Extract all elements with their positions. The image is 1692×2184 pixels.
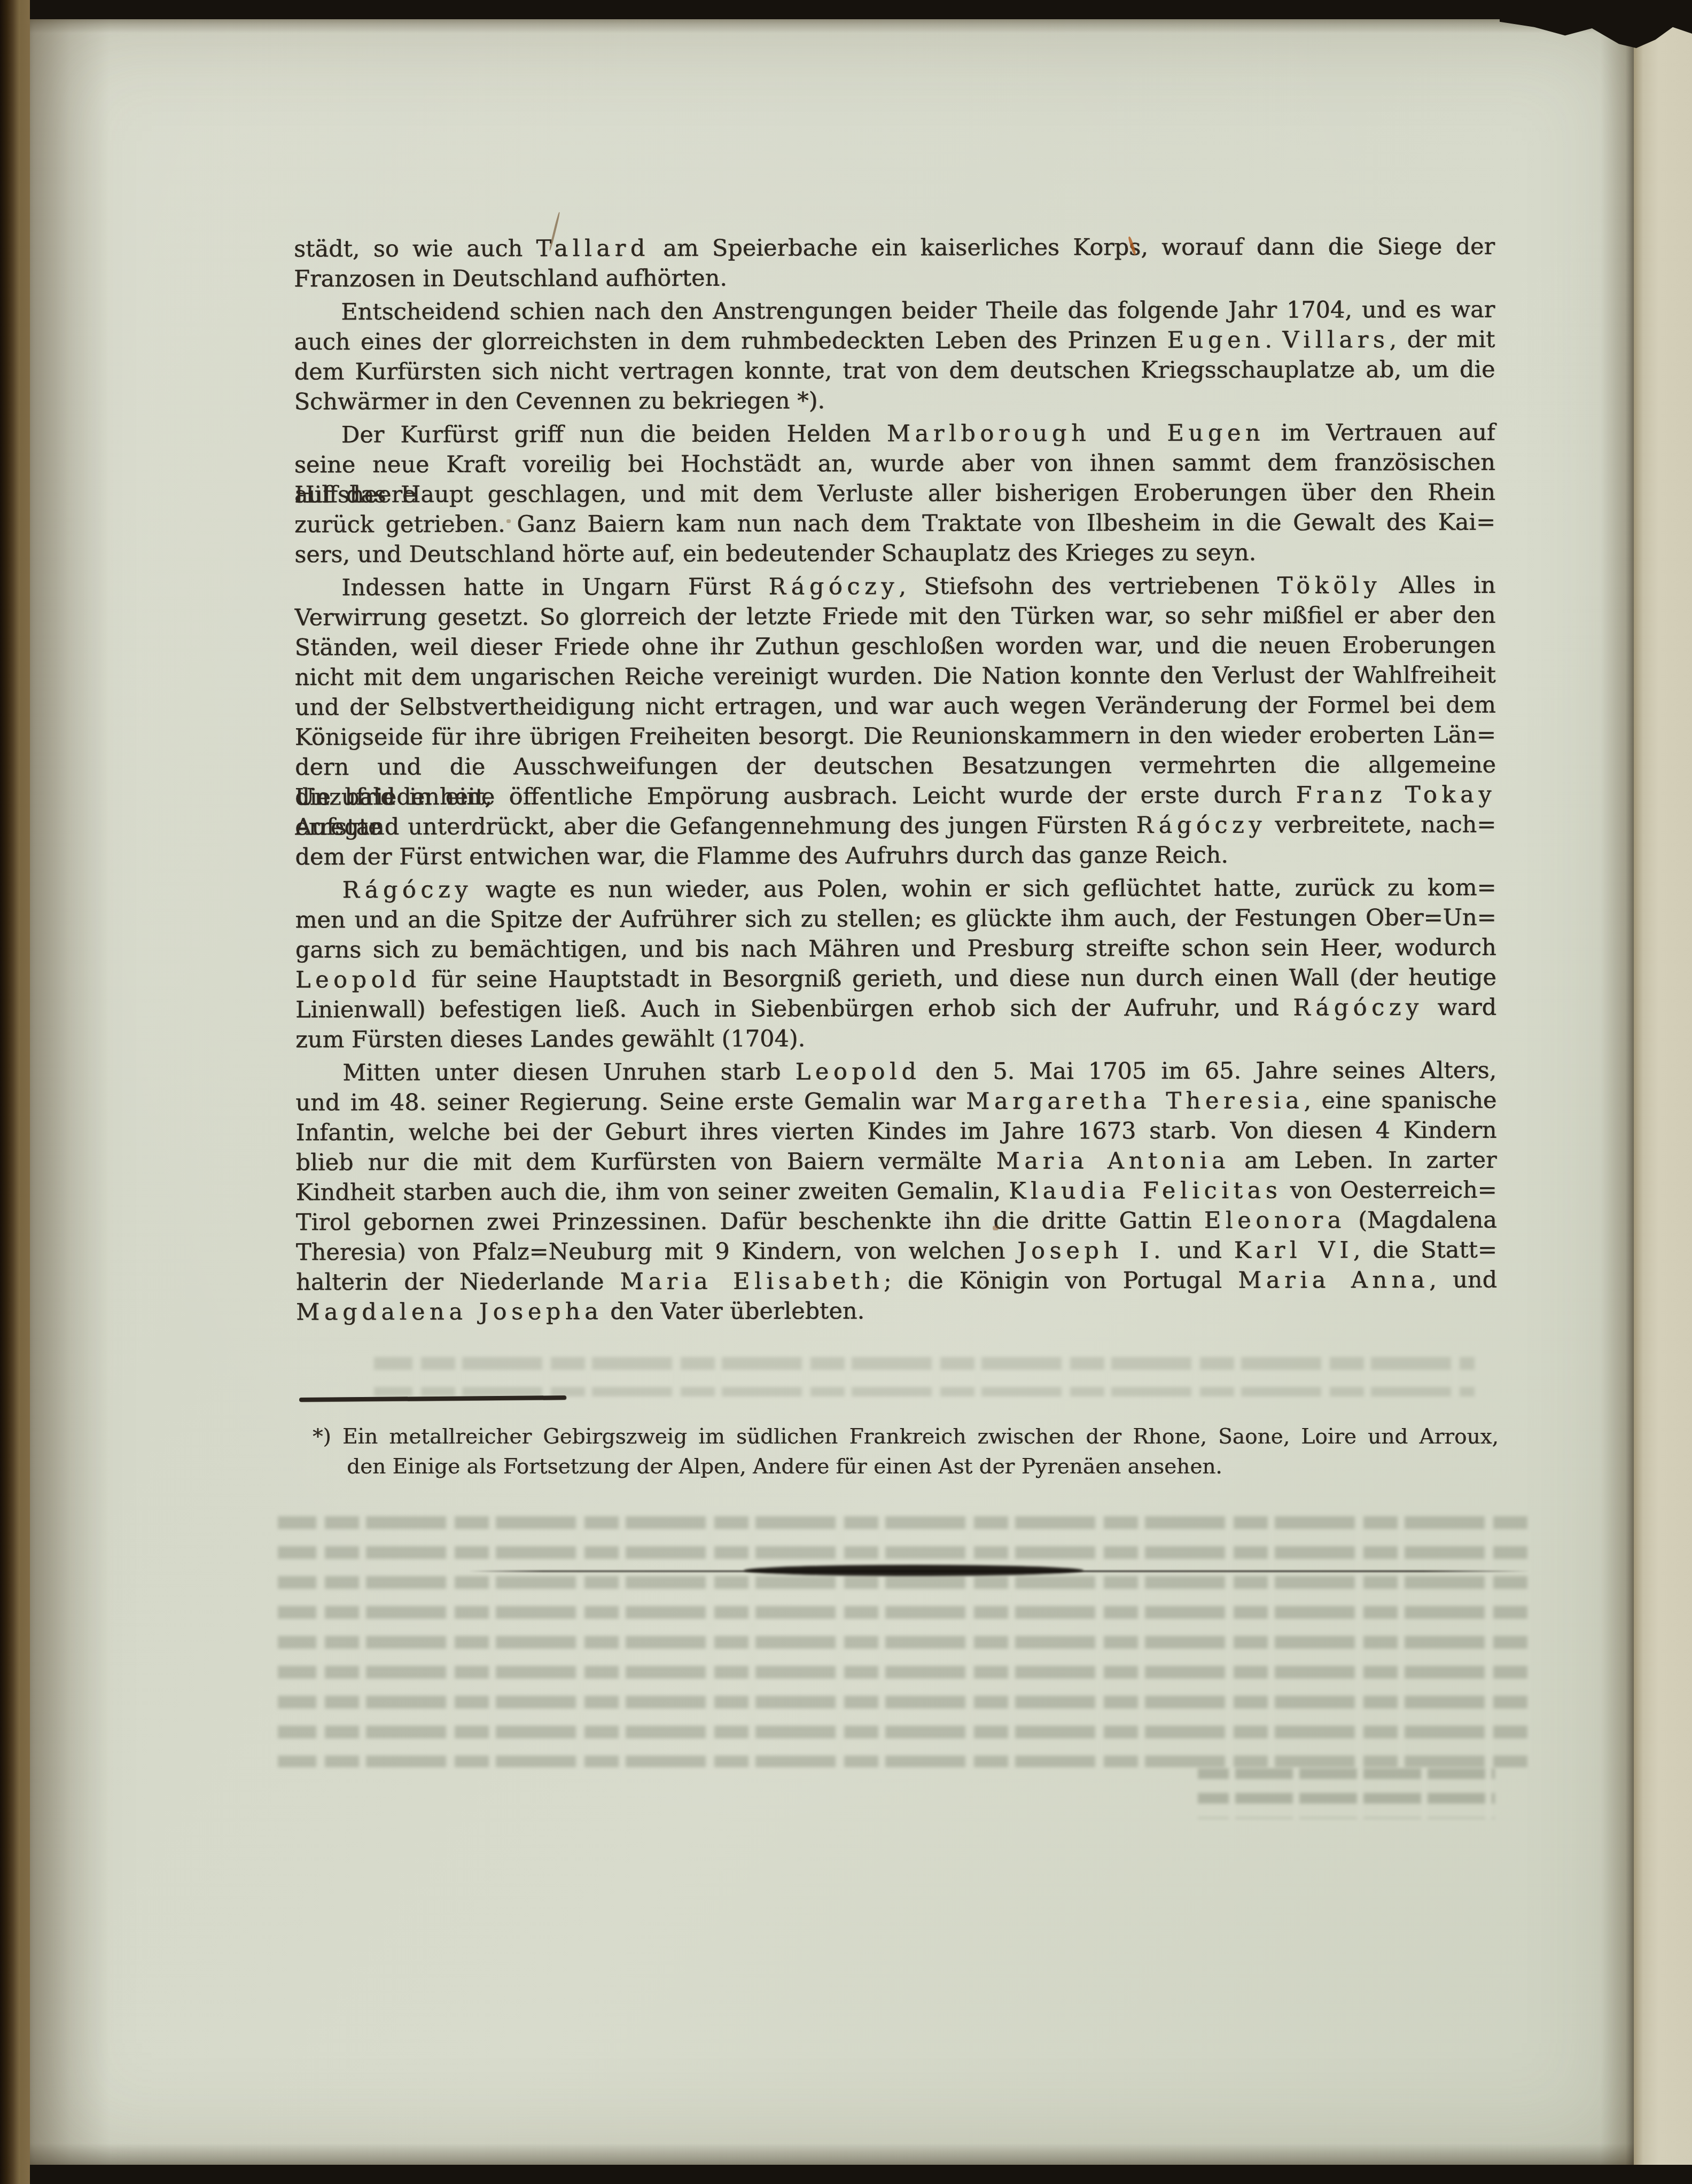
text-run: sers, und Deutschland hörte auf, ein bed…	[294, 540, 1256, 568]
paragraph: Rágóczy wagte es nun wieder, aus Polen, …	[295, 873, 1496, 1055]
text-line: Rágóczy wagte es nun wieder, aus Polen, …	[295, 873, 1496, 906]
person-name: Leopold	[796, 1058, 921, 1085]
paper-speck	[993, 1226, 999, 1230]
text-run: den Vater überlebten.	[603, 1298, 864, 1325]
text-run: Indessen hatte in Ungarn Fürst	[341, 573, 768, 601]
text-line: garns sich zu bemächtigen, und bis nach …	[295, 933, 1496, 965]
text-run: ward	[1423, 994, 1496, 1021]
person-name: Margaretha Theresia	[966, 1087, 1304, 1114]
text-run: Linienwall) befestigen ließ. Auch in Sie…	[295, 994, 1293, 1023]
text-run: zurück getrieben. Ganz Baiern kam nun na…	[294, 509, 1495, 539]
person-name: Rágóczy	[1136, 812, 1266, 839]
paragraph: Mitten unter diesen Unruhen starb Leopol…	[295, 1056, 1497, 1328]
text-run: Königseide für ihre übrigen Freiheiten b…	[295, 722, 1496, 751]
text-run: Kindheit starben auch die, ihm von seine…	[296, 1178, 1009, 1206]
person-name: Maria Elisabeth	[620, 1268, 884, 1295]
text-run: auch eines der glorreichsten in dem ruhm…	[294, 327, 1167, 355]
text-line: Leopold für seine Hauptstadt in Besorgni…	[295, 963, 1496, 995]
text-line: sers, und Deutschland hörte auf, ein bed…	[294, 537, 1495, 570]
text-line: Mitten unter diesen Unruhen starb Leopol…	[295, 1056, 1496, 1088]
text-line: zum Fürsten dieses Landes gewählt (1704)…	[295, 1023, 1496, 1055]
text-line: Indessen hatte in Ungarn Fürst Rágóczy, …	[294, 571, 1495, 603]
text-line: städt, so wie auch Tallard am Speierbach…	[294, 232, 1495, 264]
footnote-text: *) Ein metallreicher Gebirgszweig im süd…	[313, 1422, 1499, 1482]
text-run: , und	[1429, 1267, 1497, 1293]
text-line: Magdalena Josepha den Vater überlebten.	[296, 1295, 1497, 1328]
person-name: Tököly	[1277, 572, 1381, 599]
text-line: dern und die Ausschweifungen der deutsch…	[295, 750, 1496, 783]
text-run: Franzosen in Deutschland aufhörten.	[294, 265, 727, 293]
text-run: Verwirrung gesetzt. So glorreich der let…	[294, 602, 1495, 631]
person-name: Eugen	[1167, 420, 1265, 447]
text-line: und der Selbstvertheidigung nicht ertrag…	[295, 690, 1496, 723]
text-run: Ständen, weil dieser Friede ohne ihr Zut…	[294, 632, 1495, 661]
person-name: Klaudia Felicitas	[1009, 1177, 1282, 1204]
person-name: Maria Antonia	[996, 1148, 1230, 1175]
page-crease-shadow	[1601, 19, 1634, 2165]
text-line: blieb nur die mit dem Kurfürsten von Bai…	[295, 1145, 1496, 1178]
paragraph: Der Kurfürst griff nun die beiden Helden…	[294, 418, 1496, 570]
text-run: men und an die Spitze der Aufrührer sich…	[295, 904, 1496, 934]
text-run: von Oesterreich=	[1282, 1177, 1496, 1204]
text-run: zum Fürsten dieses Landes gewählt (1704)…	[295, 1025, 805, 1053]
text-run: halterin der Niederlande	[296, 1268, 620, 1296]
text-line: dem Kurfürsten sich nicht vertragen konn…	[294, 355, 1495, 387]
text-run: garns sich zu bemächtigen, und bis nach …	[295, 934, 1496, 964]
text-run: ; die Königin von Portugal	[884, 1267, 1238, 1294]
text-line: und im 48. seiner Regierung. Seine erste…	[295, 1086, 1496, 1118]
paragraph: Indessen hatte in Ungarn Fürst Rágóczy, …	[294, 571, 1496, 872]
person-name: Marlborough	[887, 420, 1090, 447]
person-name: Eleonora	[1204, 1207, 1346, 1234]
text-line: auch eines der glorreichsten in dem ruhm…	[294, 325, 1495, 357]
footnote-line: den Einige als Fortsetzung der Alpen, An…	[313, 1452, 1499, 1482]
text-run: am Speierbache ein kaiserliches Korps, w…	[650, 233, 1495, 262]
text-run: *) Ein metallreicher Gebirgszweig im süd…	[313, 1425, 1499, 1449]
gutter-shadow	[30, 19, 110, 2165]
text-run: am Leben. In zarter	[1230, 1147, 1497, 1174]
text-line: Franzosen in Deutschland aufhörten.	[294, 262, 1495, 294]
text-run: , Stiefsohn des vertriebenen	[899, 573, 1277, 600]
person-name: Rágóczy	[768, 573, 899, 600]
paper-speck	[506, 519, 511, 523]
text-line: Verwirrung gesetzt. So glorreich der let…	[294, 600, 1495, 633]
book-binding-edge	[0, 0, 30, 2184]
text-line: Kindheit starben auch die, ihm von seine…	[296, 1175, 1497, 1208]
text-run: Entscheidend schien nach den Anstrengung…	[341, 297, 1495, 326]
text-line: auf das Haupt geschlagen, und mit dem Ve…	[294, 478, 1495, 510]
text-run: Tirol gebornen zwei Prinzessinen. Dafür …	[296, 1207, 1204, 1236]
text-line: Theresia) von Pfalz=Neuburg mit 9 Kinder…	[296, 1235, 1497, 1268]
adjacent-page-edge	[1634, 25, 1692, 2165]
text-line: Aufstand unterdrückt, aber die Gefangenn…	[295, 810, 1496, 843]
person-name: Leopold	[295, 966, 421, 993]
text-run: .	[1265, 326, 1282, 353]
page-bottom-shadow	[30, 2143, 1634, 2165]
text-run: dem der Fürst entwichen war, die Flamme …	[295, 842, 1228, 871]
text-line: men und an die Spitze der Aufrührer sich…	[295, 903, 1496, 935]
text-line: Tirol gebornen zwei Prinzessinen. Dafür …	[296, 1205, 1497, 1238]
text-line: zurück getrieben. Ganz Baiern kam nun na…	[294, 508, 1495, 540]
text-run: für seine Hauptstadt in Besorgniß geriet…	[421, 964, 1496, 993]
text-line: Ständen, weil dieser Friede ohne ihr Zut…	[294, 630, 1495, 663]
text-run: und	[1165, 1237, 1234, 1264]
person-name: Maria Anna	[1238, 1267, 1429, 1294]
scanned-book-page: städt, so wie auch Tallard am Speierbach…	[0, 0, 1692, 2184]
person-name: Franz Tokay	[1296, 782, 1496, 809]
text-run: Mitten unter diesen Unruhen starb	[342, 1058, 796, 1086]
text-run: und im 48. seiner Regierung. Seine erste…	[295, 1088, 966, 1117]
text-run: , eine spanische	[1304, 1087, 1496, 1114]
text-run: im Vertrauen auf	[1265, 419, 1495, 447]
ink-smudge-hairline	[469, 1570, 1530, 1572]
text-line: die bald in eine öffentliche Empörung au…	[295, 780, 1496, 813]
text-run: Theresia) von Pfalz=Neuburg mit 9 Kinder…	[296, 1238, 1017, 1266]
person-name: Rágóczy	[342, 877, 472, 904]
text-run: auf das Haupt geschlagen, und mit dem Ve…	[294, 479, 1495, 509]
text-run: und	[1090, 420, 1167, 447]
text-line: Der Kurfürst griff nun die beiden Helden…	[294, 418, 1495, 450]
text-run: und der Selbstvertheidigung nicht ertrag…	[295, 692, 1496, 721]
paragraph: städt, so wie auch Tallard am Speierbach…	[294, 232, 1495, 294]
text-line: Entscheidend schien nach den Anstrengung…	[294, 295, 1495, 327]
person-name: Villars	[1282, 326, 1389, 353]
text-run: , der mit	[1389, 326, 1495, 353]
text-line: dem der Fürst entwichen war, die Flamme …	[295, 840, 1496, 872]
text-line: nicht mit dem ungarischen Reiche vereini…	[295, 660, 1496, 693]
text-run: dem Kurfürsten sich nicht vertragen konn…	[294, 356, 1495, 386]
text-run: Der Kurfürst griff nun die beiden Helden	[341, 420, 887, 448]
text-run: blieb nur die mit dem Kurfürsten von Bai…	[295, 1148, 996, 1176]
text-line: seine neue Kraft voreilig bei Hochstädt …	[294, 448, 1495, 480]
text-run: die bald in eine öffentliche Empörung au…	[295, 782, 1296, 810]
text-run: (Magdalena	[1346, 1207, 1497, 1234]
text-run: Infantin, welche bei der Geburt ihres vi…	[295, 1117, 1496, 1146]
person-name: Magdalena Josepha	[296, 1298, 603, 1325]
text-run: , die Statt=	[1353, 1237, 1497, 1264]
text-run: verbreitete, nach=	[1266, 812, 1496, 839]
footnote-line: *) Ein metallreicher Gebirgszweig im süd…	[313, 1422, 1499, 1452]
person-name: Joseph I.	[1017, 1237, 1165, 1265]
text-line: halterin der Niederlande Maria Elisabeth…	[296, 1265, 1497, 1298]
text-line: Linienwall) befestigen ließ. Auch in Sie…	[295, 993, 1496, 1025]
person-name: Rágóczy	[1293, 994, 1423, 1021]
text-run: städt, so wie auch	[294, 235, 536, 262]
text-run: Schwärmer in den Cevennen zu bekriegen *…	[294, 387, 825, 415]
body-text: städt, so wie auch Tallard am Speierbach…	[294, 232, 1497, 1331]
text-run: nicht mit dem ungarischen Reiche vereini…	[295, 662, 1496, 691]
text-line: Schwärmer in den Cevennen zu bekriegen *…	[294, 385, 1495, 417]
person-name: Eugen	[1167, 327, 1265, 354]
text-run: Alles in	[1381, 572, 1495, 599]
text-line: Infantin, welche bei der Geburt ihres vi…	[295, 1116, 1496, 1148]
text-run: den Einige als Fortsetzung der Alpen, An…	[347, 1455, 1222, 1479]
paragraph: Entscheidend schien nach den Anstrengung…	[294, 295, 1495, 417]
text-run: wagte es nun wieder, aus Polen, wohin er…	[472, 875, 1496, 903]
text-run: den 5. Mai 1705 im 65. Jahre seines Alte…	[921, 1057, 1496, 1085]
text-run: Aufstand unterdrückt, aber die Gefangenn…	[295, 812, 1136, 840]
page-top-shadow	[30, 19, 1634, 33]
text-line: Königseide für ihre übrigen Freiheiten b…	[295, 720, 1496, 753]
person-name: Karl VI	[1234, 1237, 1353, 1263]
